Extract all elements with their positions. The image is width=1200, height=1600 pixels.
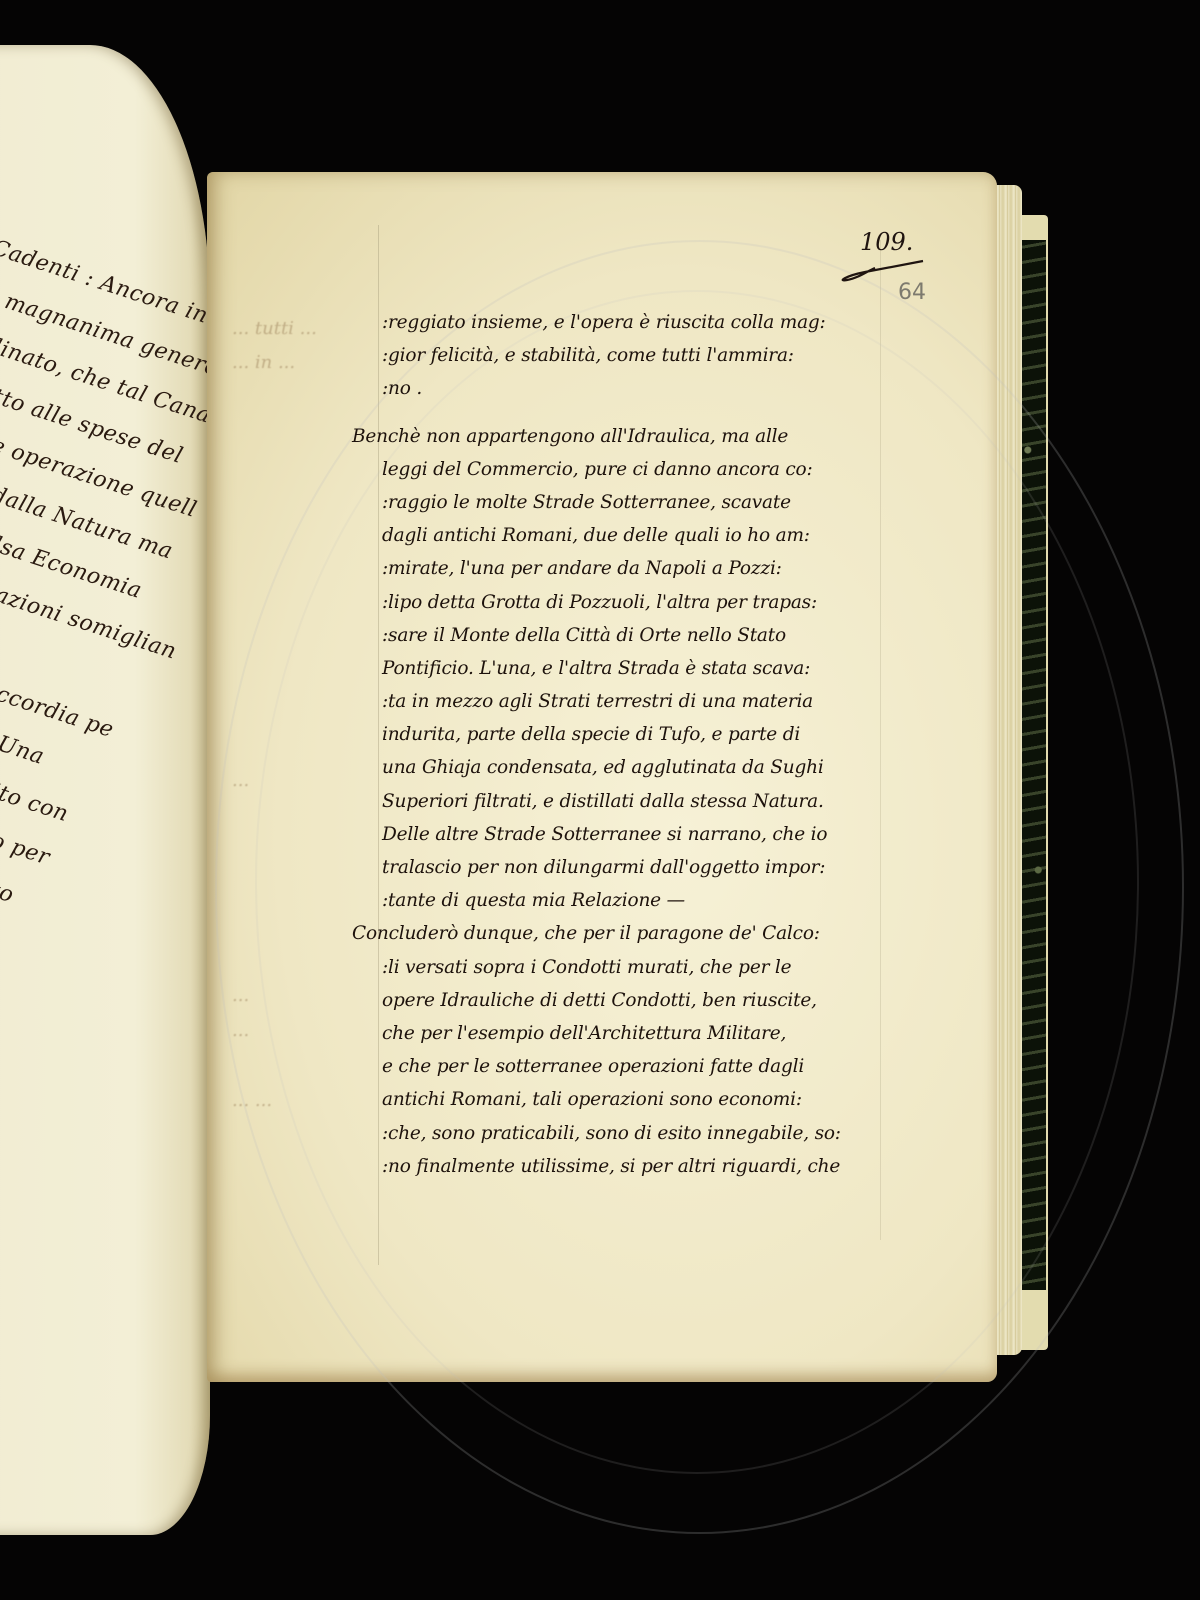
manuscript-line: :reggiato insieme, e l'opera è riuscita … — [352, 306, 892, 339]
manuscript-line: dagli antichi Romani, due delle quali io… — [352, 519, 892, 552]
manuscript-photo: Cadenti : Ancora in tal la magnanima gen… — [0, 0, 1200, 1600]
manuscript-line: :gior felicità, e stabilità, come tutti … — [352, 339, 892, 372]
manuscript-line: :mirate, l'una per andare da Napoli a Po… — [352, 552, 892, 585]
marbled-cover-edge — [1020, 240, 1046, 1290]
manuscript-line: tralascio per non dilungarmi dall'oggett… — [352, 851, 892, 884]
manuscript-line: Superiori filtrati, e distillati dalla s… — [352, 785, 892, 818]
manuscript-text: :reggiato insieme, e l'opera è riuscita … — [352, 306, 892, 1183]
manuscript-line: indurita, parte della specie di Tufo, e … — [352, 718, 892, 751]
ink-bleed-text: ... — [232, 985, 249, 1006]
manuscript-line: che per l'esempio dell'Architettura Mili… — [352, 1017, 892, 1050]
ink-bleed-text: ... — [232, 1020, 249, 1041]
ink-bleed-text: ... in ... — [232, 352, 295, 373]
manuscript-line: una Ghiaja condensata, ed agglutinata da… — [352, 751, 892, 784]
pencil-folio-number: 64 — [898, 280, 926, 305]
manuscript-line: opere Idrauliche di detti Condotti, ben … — [352, 984, 892, 1017]
manuscript-line: antichi Romani, tali operazioni sono eco… — [352, 1083, 892, 1116]
manuscript-line: :sare il Monte della Città di Orte nello… — [352, 619, 892, 652]
manuscript-line: Pontificio. L'una, e l'altra Strada è st… — [352, 652, 892, 685]
manuscript-line: :raggio le molte Strade Sotterranee, sca… — [352, 486, 892, 519]
left-page: Cadenti : Ancora in tal la magnanima gen… — [0, 45, 210, 1535]
ink-bleed-text: ... ... — [232, 1090, 272, 1111]
manuscript-line: :li versati sopra i Condotti murati, che… — [352, 951, 892, 984]
ink-bleed-text: ... — [232, 770, 249, 791]
manuscript-line: :che, sono praticabili, sono di esito in… — [352, 1117, 892, 1150]
left-page-text: Cadenti : Ancora in tal la magnanima gen… — [0, 225, 210, 1512]
folio-number: 109. — [860, 228, 913, 256]
manuscript-line: e che per le sotterranee operazioni fatt… — [352, 1050, 892, 1083]
manuscript-line: :ta in mezzo agli Strati terrestri di un… — [352, 685, 892, 718]
manuscript-line: leggi del Commercio, pure ci danno ancor… — [352, 453, 892, 486]
ink-bleed-text: ... tutti ... — [232, 318, 317, 339]
manuscript-line: Delle altre Strade Sotterranee si narran… — [352, 818, 892, 851]
manuscript-line: Concluderò dunque, che per il paragone d… — [352, 917, 892, 950]
manuscript-line: :no finalmente utilissime, si per altri … — [352, 1150, 892, 1183]
manuscript-line: Benchè non appartengono all'Idraulica, m… — [352, 420, 892, 453]
manuscript-line: :no . — [352, 372, 892, 405]
manuscript-line: :tante di questa mia Relazione — — [352, 884, 892, 917]
manuscript-line: :lipo detta Grotta di Pozzuoli, l'altra … — [352, 586, 892, 619]
